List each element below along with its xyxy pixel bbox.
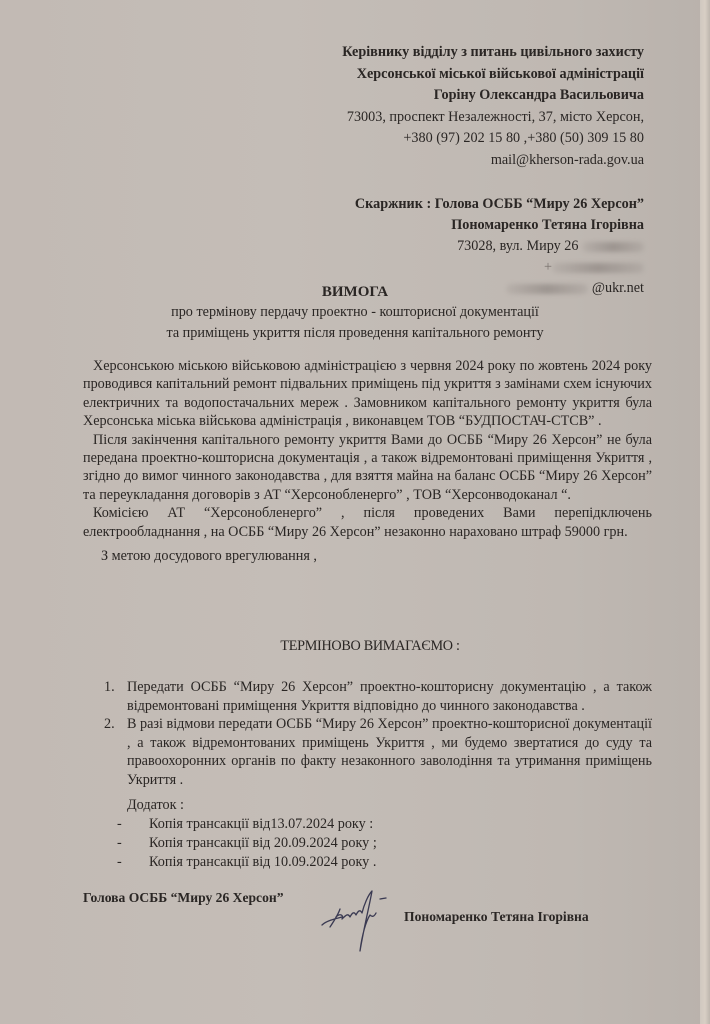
body-paragraph-3: Комісією АТ “Херсонобленерго” , після пр… [83, 504, 652, 541]
letter-body: Херсонською міською військовою адміністр… [83, 357, 652, 565]
document-subtitle-line2: та приміщень укриття після проведення ка… [0, 323, 710, 344]
addressee-organization: Херсонської міської військової адміністр… [342, 64, 644, 86]
demand-item: 2. В разі відмови передати ОСББ “Миру 26… [104, 715, 652, 789]
redacted-phone [552, 263, 644, 273]
complainant-phone: + [355, 257, 644, 278]
complainant-title: Скаржник : Голова ОСББ “Миру 26 Херсон” [355, 194, 644, 215]
addressee-block: Керівнику відділу з питань цивільного за… [342, 42, 644, 171]
addressee-name: Горіну Олександра Васильовича [342, 85, 644, 107]
attachment-item: -Копія трансакції від 10.09.2024 року . [127, 853, 377, 872]
body-paragraph-2: Після закінчення капітального ремонту ук… [83, 431, 652, 505]
addressee-email: mail@kherson-rada.gov.ua [342, 150, 644, 172]
addressee-position: Керівнику відділу з питань цивільного за… [342, 42, 644, 64]
complainant-address: 73028, вул. Миру 26 [355, 236, 644, 257]
signatory-name: Пономаренко Тетяна Ігорівна [404, 909, 589, 925]
handwritten-signature-icon [316, 887, 396, 957]
addressee-address: 73003, проспект Незалежності, 37, місто … [342, 107, 644, 129]
signatory-position: Голова ОСББ “Миру 26 Херсон” [83, 890, 284, 906]
body-paragraph-1: Херсонською міською військовою адміністр… [83, 357, 652, 431]
addressee-phones: +380 (97) 202 15 80 ,+380 (50) 309 15 80 [342, 128, 644, 150]
demand-heading: ТЕРМІНОВО ВИМАГАЄМО : [0, 638, 710, 655]
attachment-item: -Копія трансакції від 20.09.2024 року ; [127, 834, 377, 853]
document-title-block: ВИМОГА про термінову пердачу проектно - … [0, 282, 710, 344]
letter-page: Керівнику відділу з питань цивільного за… [0, 0, 700, 1024]
attachments-label: Додаток : [127, 796, 377, 815]
redacted-apartment [582, 242, 644, 252]
attachments-block: Додаток : -Копія трансакції від13.07.202… [127, 796, 377, 872]
document-subtitle-line1: про термінову пердачу проектно - коштори… [0, 302, 710, 323]
attachment-item: -Копія трансакції від13.07.2024 року : [127, 815, 377, 834]
paper-edge [700, 0, 710, 1024]
demand-item: 1. Передати ОСББ “Миру 26 Херсон” проект… [104, 678, 652, 715]
document-title: ВИМОГА [0, 282, 710, 302]
complainant-name: Пономаренко Тетяна Ігорівна [355, 215, 644, 236]
demands-list: 1. Передати ОСББ “Миру 26 Херсон” проект… [104, 678, 652, 790]
body-paragraph-4: З метою досудового врегулювання , [83, 547, 652, 565]
